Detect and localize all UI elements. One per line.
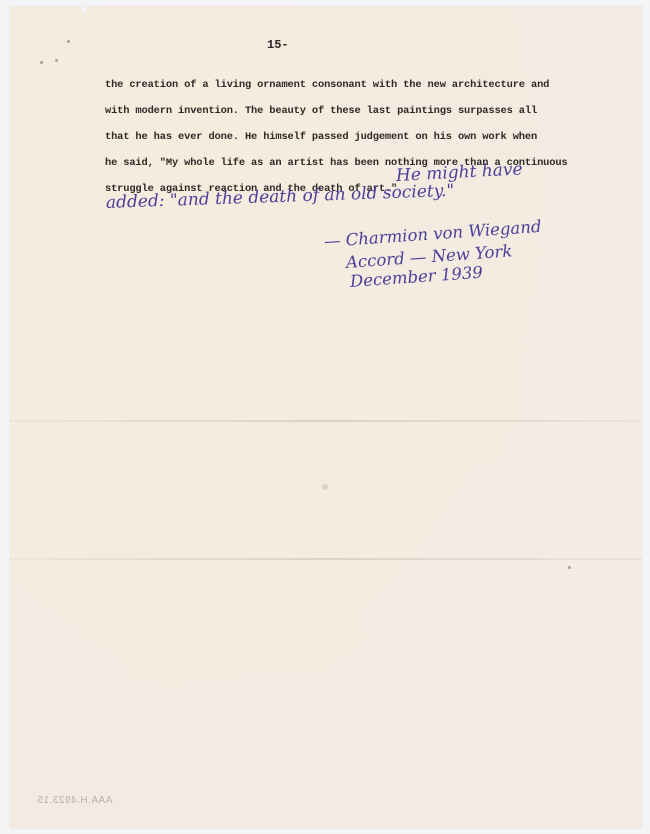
paper-speck bbox=[40, 61, 43, 64]
paper-tear bbox=[80, 6, 88, 14]
page-number: 15- bbox=[267, 38, 289, 52]
scanned-document: 15- the creation of a living ornament co… bbox=[0, 0, 650, 834]
typed-line: he said, "My whole life as an artist has… bbox=[105, 157, 605, 183]
typed-line: that he has ever done. He himself passed… bbox=[105, 131, 605, 157]
fold-line bbox=[10, 558, 642, 560]
signature-block: — Charmion von Wiegand Accord — New York… bbox=[324, 232, 542, 289]
typed-line: the creation of a living ornament conson… bbox=[105, 79, 605, 105]
archive-stamp: AAA.H.4923.15 bbox=[37, 795, 112, 806]
paper-speck bbox=[568, 566, 571, 569]
paper-speck bbox=[67, 40, 70, 43]
paper-speck bbox=[322, 484, 328, 490]
fold-line bbox=[10, 420, 642, 422]
typed-line: with modern invention. The beauty of the… bbox=[105, 105, 605, 131]
paper-speck bbox=[55, 59, 58, 62]
